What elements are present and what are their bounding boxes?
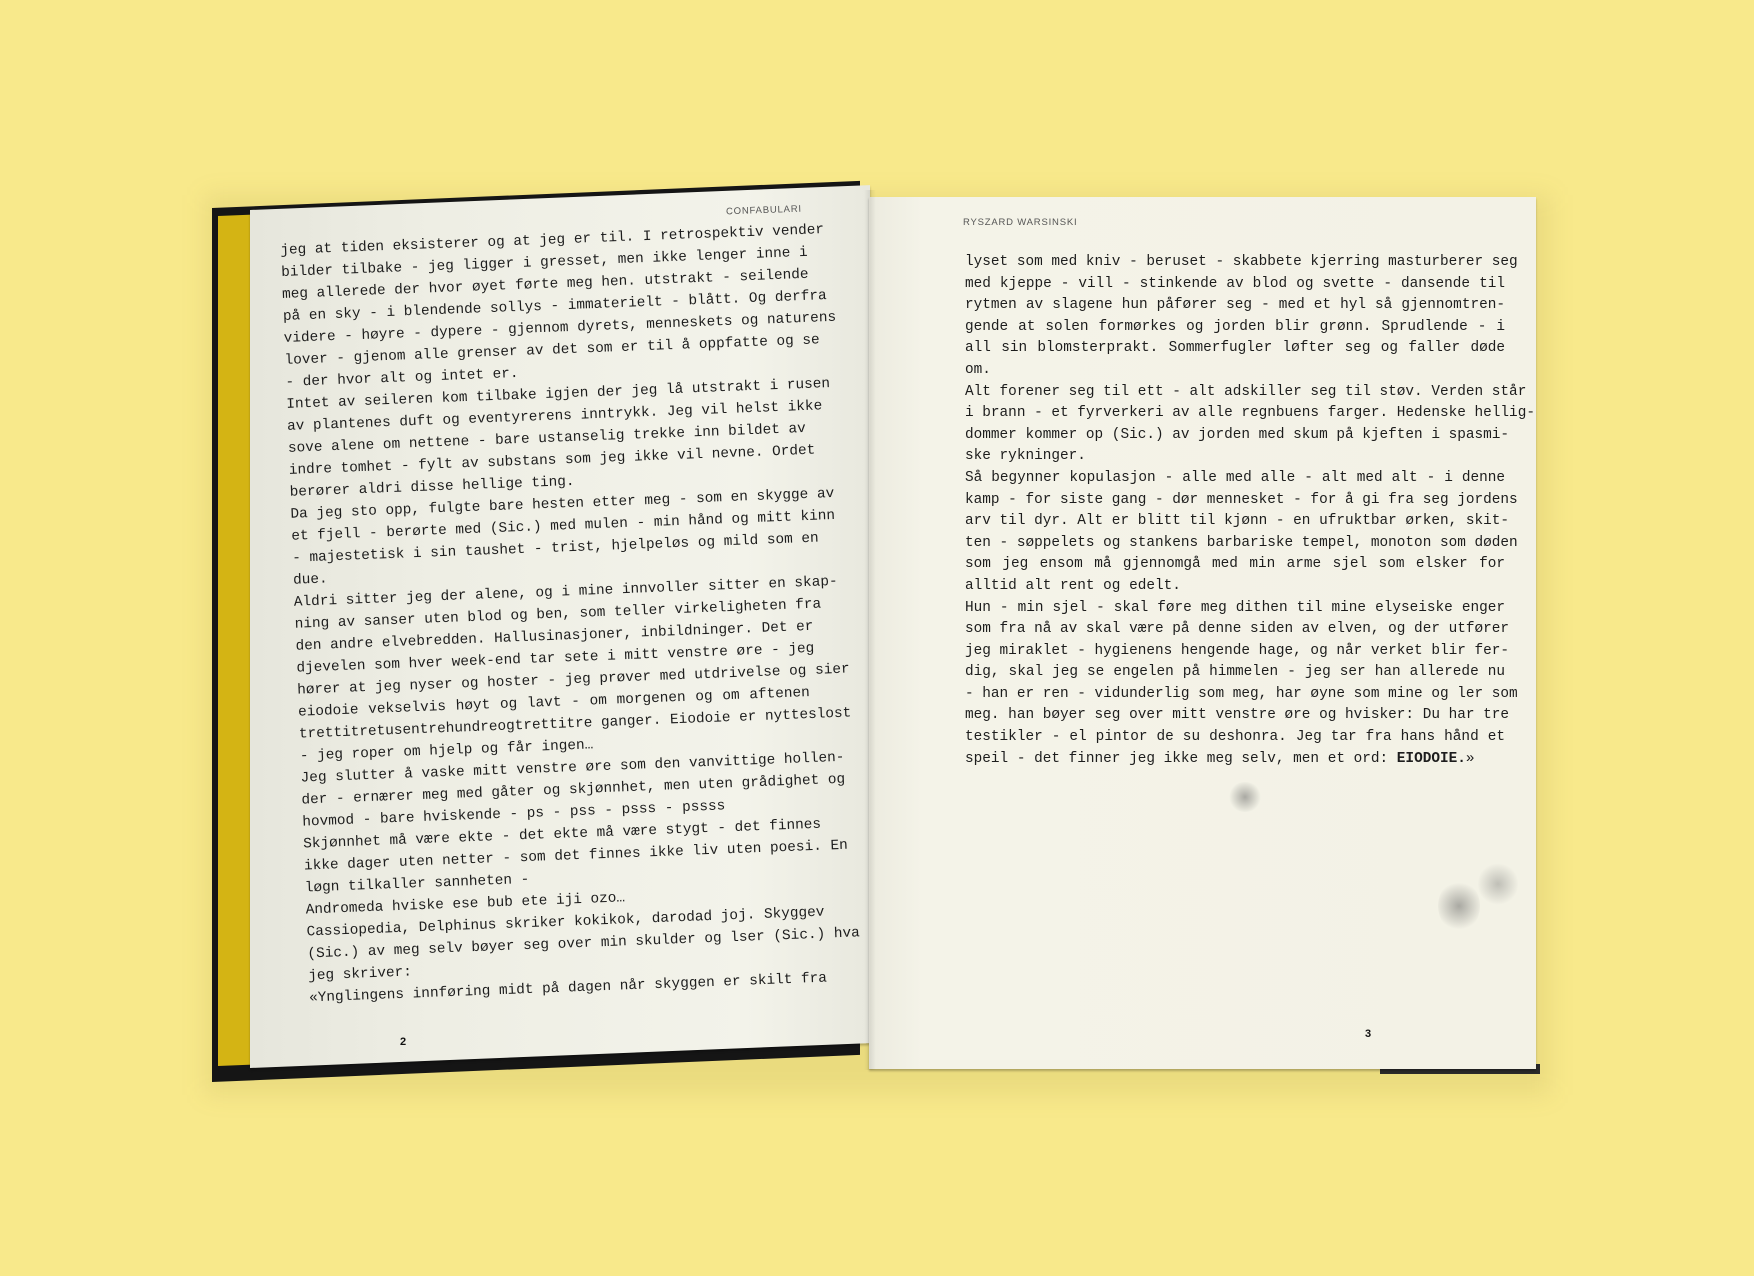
text-line: speil - det finner jeg ikke meg selv, me… <box>965 749 1505 771</box>
text-line: rytmen av slagene hun påfører seg - med … <box>965 295 1505 317</box>
text-line: arv til dyr. Alt er blitt til kjønn - en… <box>965 511 1505 533</box>
text-line: ten - søppelets og stankens barbariske t… <box>965 533 1505 555</box>
text-line: som jeg ensom må gjennomgå med min arme … <box>965 554 1505 576</box>
text-line: all sin blomsterprakt. Sommerfugler løft… <box>965 338 1505 360</box>
text-line: lyset som med kniv - beruset - skabbete … <box>965 252 1505 274</box>
closing-quote: » <box>1466 751 1475 767</box>
text-line: Alt forener seg til ett - alt adskiller … <box>965 382 1505 404</box>
smudge-mark <box>1228 782 1262 812</box>
text-line: dig, skal jeg se engelen på himmelen - j… <box>965 662 1505 684</box>
emphasized-word: EIODOIE. <box>1397 751 1466 767</box>
text-line: ske rykninger. <box>965 446 1505 468</box>
smudge-mark <box>1478 862 1518 906</box>
text-line: - han er ren - vidunderlig som meg, har … <box>965 684 1505 706</box>
book-gutter <box>864 190 876 1070</box>
text-line: jeg miraklet - hygienens hengende hage, … <box>965 641 1505 663</box>
text-line: testikler - el pintor de su deshonra. Je… <box>965 727 1505 749</box>
smudge-mark <box>1438 880 1480 932</box>
text-line: alltid alt rent og edelt. <box>965 576 1505 598</box>
text-line: om. <box>965 360 1505 382</box>
yellow-endpaper <box>218 215 252 1066</box>
text-line: meg. han bøyer seg over mitt venstre øre… <box>965 705 1505 727</box>
text-line: i brann - et fyrverkeri av alle regnbuen… <box>965 403 1505 425</box>
left-page-body: jeg at tiden eksisterer og at jeg er til… <box>280 220 821 1009</box>
text-line: Hun - min sjel - skal føre meg dithen ti… <box>965 598 1505 620</box>
text-line: dommer kommer op (Sic.) av jorden med sk… <box>965 425 1505 447</box>
text-line: kamp - for siste gang - dør mennesket - … <box>965 490 1505 512</box>
text-line: Så begynner kopulasjon - alle med alle -… <box>965 468 1505 490</box>
text-line: gende at solen formørkes og jorden blir … <box>965 317 1505 339</box>
text-line: med kjeppe - vill - stinkende av blod og… <box>965 274 1505 296</box>
running-head-right: RYSZARD WARSINSKI <box>963 217 1077 228</box>
text-line: som fra nå av skal være på denne siden a… <box>965 619 1505 641</box>
text-fragment: speil - det finner jeg ikke meg selv, me… <box>965 751 1397 767</box>
page-number-right: 3 <box>1365 1028 1371 1040</box>
right-page-body: lyset som med kniv - beruset - skabbete … <box>965 252 1505 770</box>
page-number-left: 2 <box>400 1036 406 1048</box>
